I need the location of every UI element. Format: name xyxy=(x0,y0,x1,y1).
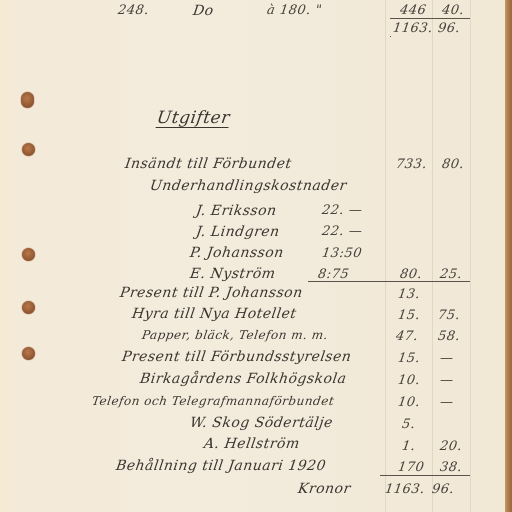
sum-line xyxy=(380,475,470,476)
punch-hole xyxy=(22,347,35,360)
entry-kr: 15. xyxy=(397,308,421,323)
entry-text: A. Hellström xyxy=(203,436,301,452)
binding-edge xyxy=(505,0,512,512)
carryover-amount-ore: 40. xyxy=(441,3,465,18)
entry-text: J. Lindgren xyxy=(195,224,281,240)
entry-subamount: 22. — xyxy=(321,224,363,239)
entry-ore: 75. xyxy=(437,308,461,323)
sum-line xyxy=(390,18,470,19)
punch-hole xyxy=(21,92,34,108)
carryover-amount-kr: 446 xyxy=(399,3,427,18)
entry-ore: — xyxy=(439,351,455,366)
column-rule xyxy=(432,0,433,512)
punch-hole xyxy=(22,248,35,261)
entry-text: Birkagårdens Folkhögskola xyxy=(139,371,348,387)
entry-kr: 170 xyxy=(397,460,425,475)
entry-text: W. Skog Södertälje xyxy=(189,415,334,431)
carryover-label: Do xyxy=(192,3,215,19)
entry-text: Present till Förbundsstyrelsen xyxy=(121,349,353,365)
entry-kr: 1. xyxy=(401,439,417,454)
entry-text: J. Eriksson xyxy=(195,203,278,219)
entry-text: Underhandlingskostnader xyxy=(149,178,348,194)
entry-subamount: 13:50 xyxy=(321,246,363,261)
carryover-total-kr: 1163. xyxy=(392,21,434,36)
carryover-rate: à 180. " xyxy=(266,3,323,18)
entry-text: E. Nyström xyxy=(189,266,277,282)
entry-text: Insändt till Förbundet xyxy=(124,156,293,172)
punch-hole xyxy=(22,143,35,156)
entry-kr: 733. xyxy=(395,157,428,172)
entry-kr: 5. xyxy=(401,417,417,432)
entry-kr: 13. xyxy=(397,287,421,302)
entry-subamount: 8:75 xyxy=(317,267,350,282)
entry-ore: — xyxy=(439,373,455,388)
column-rule xyxy=(470,0,471,512)
column-rule xyxy=(385,0,386,512)
entry-text: Hyra till Nya Hotellet xyxy=(131,306,298,322)
section-heading: Utgifter xyxy=(156,108,232,128)
entry-kr: 10. xyxy=(397,373,421,388)
entry-text: P. Johansson xyxy=(189,245,285,261)
entry-kr: 80. xyxy=(399,267,423,282)
entry-text: Present till P. Johansson xyxy=(119,285,304,301)
punch-hole xyxy=(22,301,35,314)
entry-text: Behållning till Januari 1920 xyxy=(115,458,327,474)
entry-kr: 47. xyxy=(395,329,419,344)
entry-kr: 10. xyxy=(397,395,421,410)
entry-ore: 80. xyxy=(441,157,465,172)
ledger-page: 248. Do à 180. " 446 40. 1163. 96. Utgif… xyxy=(0,0,505,512)
entry-ore: — xyxy=(439,395,455,410)
total-kr: 1163. xyxy=(384,482,426,497)
carryover-total-ore: 96. xyxy=(437,21,461,36)
total-label: Kronor xyxy=(297,481,352,497)
entry-subamount: 22. — xyxy=(321,203,363,218)
entry-text: Telefon och Telegrafmannaförbundet xyxy=(91,394,335,408)
entry-ore: 38. xyxy=(439,460,463,475)
entry-ore: 25. xyxy=(439,267,463,282)
subtotal-line xyxy=(308,281,470,282)
entry-ore: 58. xyxy=(437,329,461,344)
total-ore: 96. xyxy=(431,482,455,497)
entry-text: Papper, bläck, Telefon m. m. xyxy=(141,328,329,342)
entry-kr: 15. xyxy=(397,351,421,366)
carryover-count: 248. xyxy=(117,3,150,18)
entry-ore: 20. xyxy=(439,439,463,454)
